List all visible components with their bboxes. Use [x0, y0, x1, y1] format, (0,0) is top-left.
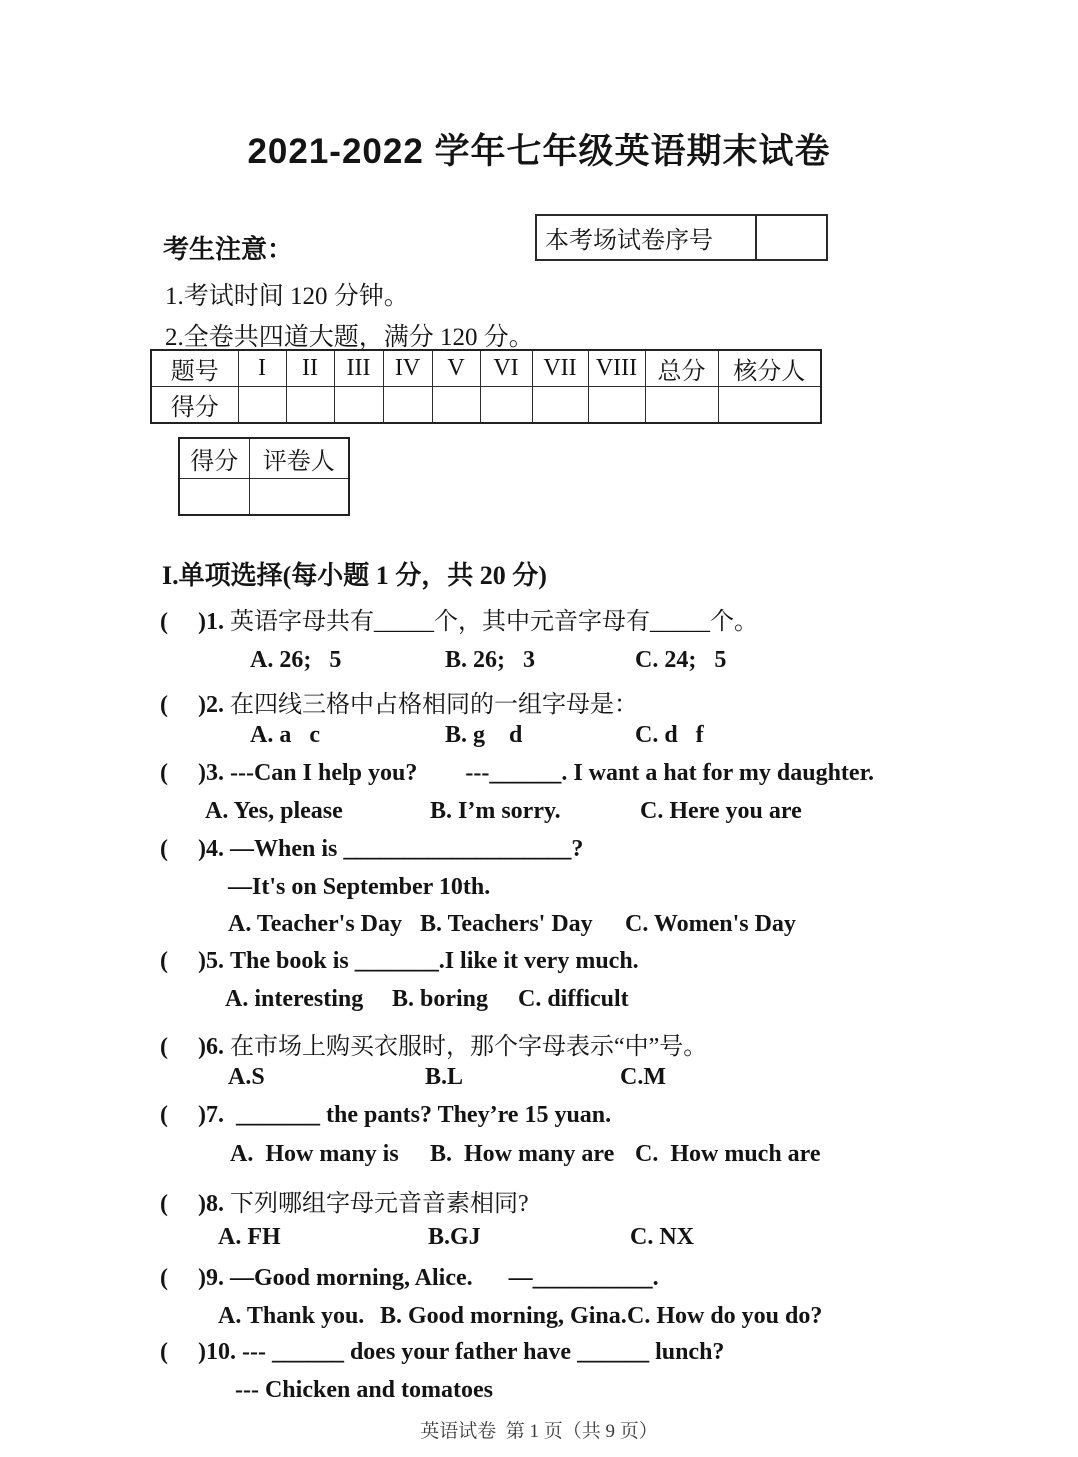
question-1-stem: ( )1.英语字母共有_____个，其中元音字母有_____个。	[160, 601, 940, 636]
option-a: A.S	[228, 1064, 425, 1091]
option-a: A. FH	[218, 1224, 428, 1251]
score-blank-cell	[432, 387, 480, 424]
option-a: A. How many is	[230, 1141, 430, 1168]
question-8-text: 下列哪组字母元音音素相同?	[230, 1191, 529, 1217]
grader-table-blank-row	[179, 478, 349, 515]
question-6-text: 在市场上购买衣服时，那个字母表示“中”号。	[230, 1034, 707, 1060]
question-6-stem: ( )6.在市场上购买衣服时，那个字母表示“中”号。	[160, 1026, 940, 1061]
question-5-number: ( )5.	[160, 948, 224, 974]
option-b: B. Good morning, Gina.	[380, 1303, 627, 1330]
score-blank-cell	[645, 387, 718, 424]
question-8-number: ( )8.	[160, 1191, 224, 1217]
question-2-options: A. a c B. g d C. d f	[160, 722, 960, 749]
question-1-number: ( )1.	[160, 609, 224, 635]
question-5-options: A. interesting B. boring C. difficult	[160, 986, 960, 1013]
question-2-text: 在四线三格中占格相同的一组字母是：	[230, 692, 638, 718]
question-3-text: ---Can I help you? ---______. I want a h…	[230, 760, 874, 786]
option-c: C. Women's Day	[625, 911, 960, 938]
question-7-stem: ( )7. _______ the pants? They’re 15 yuan…	[160, 1102, 940, 1129]
score-table-score-row: 得分	[151, 387, 821, 424]
question-8-stem: ( )8.下列哪组字母元音音素相同?	[160, 1183, 940, 1218]
page-footer: 英语试卷 第 1 页（共 9 页）	[0, 1416, 1078, 1443]
grader-name-label: 评卷人	[249, 438, 349, 478]
notice-label: 考生注意：	[163, 229, 293, 266]
score-blank-cell	[334, 387, 383, 424]
score-blank-cell	[383, 387, 432, 424]
score-blank-cell	[480, 387, 532, 424]
score-row-label: 得分	[151, 387, 238, 424]
option-b: B. I’m sorry.	[430, 798, 640, 825]
question-6-options: A.S B.L C.M	[160, 1064, 960, 1091]
option-a: A. Yes, please	[205, 798, 430, 825]
option-a: A. a c	[250, 722, 445, 749]
question-3-options: A. Yes, please B. I’m sorry. C. Here you…	[160, 798, 960, 825]
score-table-header-cell: I	[238, 350, 286, 387]
question-4-number: ( )4.	[160, 836, 224, 862]
page-title: 2021-2022 学年七年级英语期末试卷	[0, 124, 1078, 174]
question-9-number: ( )9.	[160, 1265, 224, 1291]
option-b: B. Teachers' Day	[420, 911, 625, 938]
score-table-header-cell: II	[286, 350, 334, 387]
question-1-text: 英语字母共有_____个，其中元音字母有_____个。	[230, 609, 758, 635]
score-blank-cell	[532, 387, 588, 424]
score-table-header-cell: III	[334, 350, 383, 387]
score-table-header-cell: VIII	[588, 350, 645, 387]
question-2-stem: ( )2.在四线三格中占格相同的一组字母是：	[160, 684, 940, 719]
option-c: C. How much are	[635, 1141, 960, 1168]
grader-score-table: 得分 评卷人	[178, 437, 350, 516]
option-c: C. NX	[630, 1224, 960, 1251]
question-4-answer-line: —It's on September 10th.	[228, 874, 490, 901]
option-b: B.L	[425, 1064, 620, 1091]
option-b: B. How many are	[430, 1141, 635, 1168]
option-b: B. g d	[445, 722, 635, 749]
question-4-options: A. Teacher's Day B. Teachers' Day C. Wom…	[160, 911, 960, 938]
question-7-text: _______ the pants? They’re 15 yuan.	[230, 1102, 611, 1128]
score-blank-cell	[718, 387, 821, 424]
option-b: B. 26; 3	[445, 647, 635, 674]
serial-number-box: 本考场试卷序号	[535, 214, 828, 261]
score-table-header-cell: VI	[480, 350, 532, 387]
question-5-stem: ( )5.The book is _______.I like it very …	[160, 948, 940, 975]
question-10-stem: ( )10.--- ______ does your father have _…	[160, 1339, 940, 1366]
question-8-options: A. FH B.GJ C. NX	[160, 1224, 960, 1251]
question-3-number: ( )3.	[160, 760, 224, 786]
question-10-number: ( )10.	[160, 1339, 236, 1365]
grader-blank-cell	[179, 478, 249, 515]
score-table-header-cell: 题号	[151, 350, 238, 387]
question-10-answer-line: --- Chicken and tomatoes	[235, 1377, 493, 1404]
score-table-header-cell: IV	[383, 350, 432, 387]
option-a: A. Thank you.	[218, 1303, 380, 1330]
question-2-number: ( )2.	[160, 692, 224, 718]
serial-number-blank-cell	[757, 216, 826, 259]
notice-item-2: 2.全卷共四道大题，满分 120 分。	[165, 317, 534, 353]
question-7-options: A. How many is B. How many are C. How mu…	[160, 1141, 960, 1168]
score-table-header-cell: V	[432, 350, 480, 387]
question-10-text: --- ______ does your father have ______ …	[242, 1339, 724, 1365]
option-a: A. Teacher's Day	[228, 911, 420, 938]
score-summary-table: 题号 I II III IV V VI VII VIII 总分 核分人 得分	[150, 349, 822, 424]
question-3-stem: ( )3.---Can I help you? ---______. I wan…	[160, 760, 940, 787]
option-c: C. d f	[635, 722, 960, 749]
grader-blank-cell	[249, 478, 349, 515]
option-c: C.M	[620, 1064, 960, 1091]
notice-item-1: 1.考试时间 120 分钟。	[165, 276, 409, 312]
score-table-header-cell: VII	[532, 350, 588, 387]
option-c: C. difficult	[518, 986, 960, 1013]
score-blank-cell	[238, 387, 286, 424]
question-9-options: A. Thank you. B. Good morning, Gina. C. …	[160, 1303, 960, 1330]
score-table-header-row: 题号 I II III IV V VI VII VIII 总分 核分人	[151, 350, 821, 387]
question-6-number: ( )6.	[160, 1034, 224, 1060]
option-a: A. interesting	[225, 986, 392, 1013]
exam-paper-page: 2021-2022 学年七年级英语期末试卷 考生注意： 本考场试卷序号 1.考试…	[0, 0, 1078, 1457]
question-7-number: ( )7.	[160, 1102, 224, 1128]
section-1-heading: I.单项选择(每小题 1 分，共 20 分)	[162, 555, 547, 592]
option-a: A. 26; 5	[250, 647, 445, 674]
score-table-header-cell: 核分人	[718, 350, 821, 387]
question-9-text: —Good morning, Alice. —__________.	[230, 1265, 659, 1291]
question-5-text: The book is _______.I like it very much.	[230, 948, 639, 974]
option-b: B. boring	[392, 986, 518, 1013]
option-c: C. Here you are	[640, 798, 960, 825]
option-c: C. 24; 5	[635, 647, 960, 674]
score-table-header-cell: 总分	[645, 350, 718, 387]
score-blank-cell	[286, 387, 334, 424]
question-1-options: A. 26; 5 B. 26; 3 C. 24; 5	[160, 647, 960, 674]
option-c: C. How do you do?	[627, 1303, 960, 1330]
question-9-stem: ( )9.—Good morning, Alice. —__________.	[160, 1265, 940, 1292]
serial-number-label: 本考场试卷序号	[537, 216, 757, 259]
question-4-stem: ( )4.—When is ___________________?	[160, 836, 940, 863]
score-blank-cell	[588, 387, 645, 424]
grader-table-header-row: 得分 评卷人	[179, 438, 349, 478]
option-b: B.GJ	[428, 1224, 630, 1251]
grader-score-label: 得分	[179, 438, 249, 478]
question-4-text: —When is ___________________?	[230, 836, 583, 862]
